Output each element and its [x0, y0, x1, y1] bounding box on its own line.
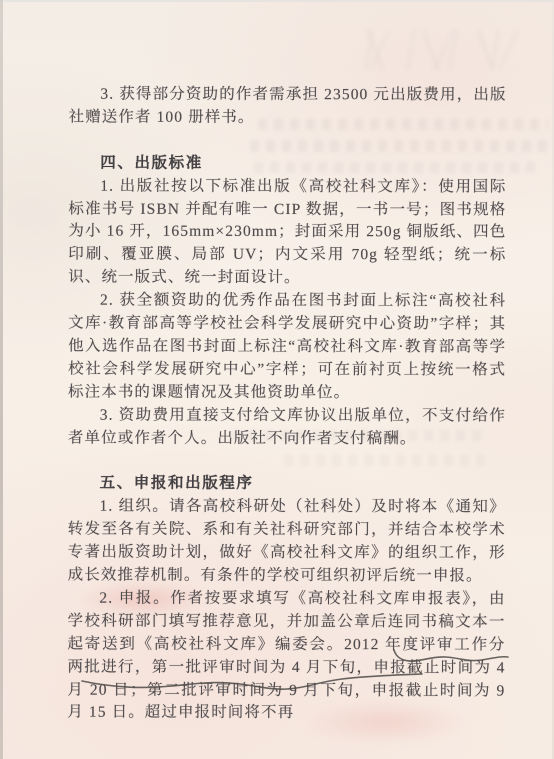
paragraph-application-deadlines: 2. 申报。作者按要求填写《高校社科文库申报表》，由学校科研部门填写推荐意见，并…	[67, 587, 505, 725]
document-body: 3. 获得部分资助的作者需承担 23500 元出版费用，出版社赠送作者 100 …	[67, 84, 506, 726]
section-heading-publication-standards: 四、出版标准	[68, 152, 506, 176]
scanned-document-page: 3. 获得部分资助的作者需承担 23500 元出版费用，出版社赠送作者 100 …	[0, 0, 554, 759]
scan-edge-left	[0, 0, 3, 759]
bleedthrough-handwriting-mark	[348, 30, 526, 70]
paragraph-organization: 1. 组织。请各高校科研处（社科处）及时将本《通知》转发至各有关院、系和有关社科…	[68, 496, 506, 589]
scan-edge-top	[0, 0, 554, 2]
section-heading-application-procedure: 五、申报和出版程序	[68, 473, 506, 497]
paragraph-cover-labeling: 2. 获全额资助的优秀作品在图书封面上标注“高校社科文库·教育部高等学校社会科学…	[68, 290, 506, 405]
paragraph-part-funding: 3. 获得部分资助的作者需承担 23500 元出版费用，出版社赠送作者 100 …	[69, 84, 507, 131]
paragraph-publication-specs: 1. 出版社按以下标准出版《高校社科文库》：使用国际标准书号 ISBN 并配有唯…	[68, 175, 506, 290]
paragraph-funding-payment: 3. 资助费用直接支付给文库协议出版单位，不支付给作者单位或作者个人。出版社不向…	[68, 404, 506, 451]
